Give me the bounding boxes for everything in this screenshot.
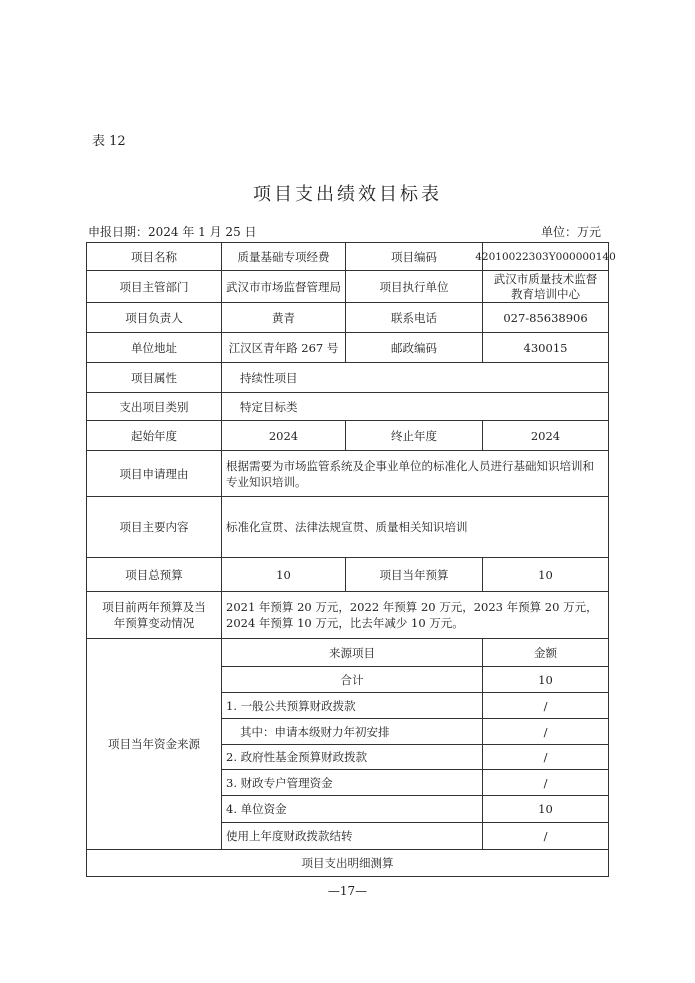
phone-label: 联系电话 [345, 302, 483, 333]
funding-amount-special-account: / [482, 769, 609, 796]
funding-source-header: 来源项目 [221, 638, 483, 667]
phone-value: 027-85638906 [482, 302, 609, 333]
postcode-value: 430015 [482, 332, 609, 363]
funding-source-total: 合计 [221, 666, 483, 693]
attribute-value: 持续性项目 [221, 362, 609, 393]
funding-amount-header: 金额 [482, 638, 609, 667]
reason-label: 项目申请理由 [86, 450, 222, 497]
funding-amount-local: / [482, 718, 609, 745]
exec-unit-value: 武汉市质量技术监督教育培训中心 [482, 270, 609, 303]
funding-amount-carryover: / [482, 822, 609, 850]
funding-amount-total: 10 [482, 666, 609, 693]
end-year-value: 2024 [482, 420, 609, 451]
project-name-value: 质量基础专项经费 [221, 242, 346, 271]
reason-value: 根据需要为市场监管系统及企事业单位的标准化人员进行基础知识培训和专业知识培训。 [221, 450, 609, 497]
end-year-label: 终止年度 [345, 420, 483, 451]
funding-source-general: 1. 一般公共预算财政拨款 [221, 692, 483, 719]
funding-source-gov-fund: 2. 政府性基金预算财政拨款 [221, 744, 483, 770]
total-budget-label: 项目总预算 [86, 557, 222, 592]
funding-amount-gov-fund: / [482, 744, 609, 770]
history-value: 2021 年预算 20 万元，2022 年预算 20 万元，2023 年预算 2… [221, 591, 609, 639]
funding-label: 项目当年资金来源 [86, 638, 222, 850]
leader-value: 黄青 [221, 302, 346, 333]
project-name-label: 项目名称 [86, 242, 222, 271]
dept-value: 武汉市市场监督管理局 [221, 270, 346, 303]
leader-label: 项目负责人 [86, 302, 222, 333]
address-value: 江汉区青年路 267 号 [221, 332, 346, 363]
detail-heading: 项目支出明细测算 [86, 849, 609, 877]
funding-source-special-account: 3. 财政专户管理资金 [221, 769, 483, 796]
project-code-label: 项目编码 [345, 242, 483, 271]
unit-label: 单位：万元 [541, 223, 601, 240]
funding-source-local: 其中：申请本级财力年初安排 [221, 718, 483, 745]
postcode-label: 邮政编码 [345, 332, 483, 363]
history-label: 项目前两年预算及当年预算变动情况 [86, 591, 222, 639]
start-year-label: 起始年度 [86, 420, 222, 451]
start-year-value: 2024 [221, 420, 346, 451]
page-title: 项目支出绩效目标表 [0, 180, 695, 206]
category-value: 特定目标类 [221, 392, 609, 421]
category-label: 支出项目类别 [86, 392, 222, 421]
attribute-label: 项目属性 [86, 362, 222, 393]
funding-source-carryover: 使用上年度财政拨款结转 [221, 822, 483, 850]
exec-unit-label: 项目执行单位 [345, 270, 483, 303]
year-budget-value: 10 [482, 557, 609, 592]
funding-amount-general: / [482, 692, 609, 719]
project-code-value: 42010022303Y000000140 [482, 242, 609, 271]
funding-amount-unit: 10 [482, 795, 609, 823]
total-budget-value: 10 [221, 557, 346, 592]
funding-source-unit: 4. 单位资金 [221, 795, 483, 823]
dept-label: 项目主管部门 [86, 270, 222, 303]
content-label: 项目主要内容 [86, 496, 222, 558]
year-budget-label: 项目当年预算 [345, 557, 483, 592]
report-date: 申报日期：2024 年 1 月 25 日 [88, 223, 257, 240]
page-number: —17— [0, 884, 695, 898]
address-label: 单位地址 [86, 332, 222, 363]
table-number: 表 12 [92, 130, 126, 149]
content-value: 标准化宣贯、法律法规宣贯、质量相关知识培训 [221, 496, 609, 558]
